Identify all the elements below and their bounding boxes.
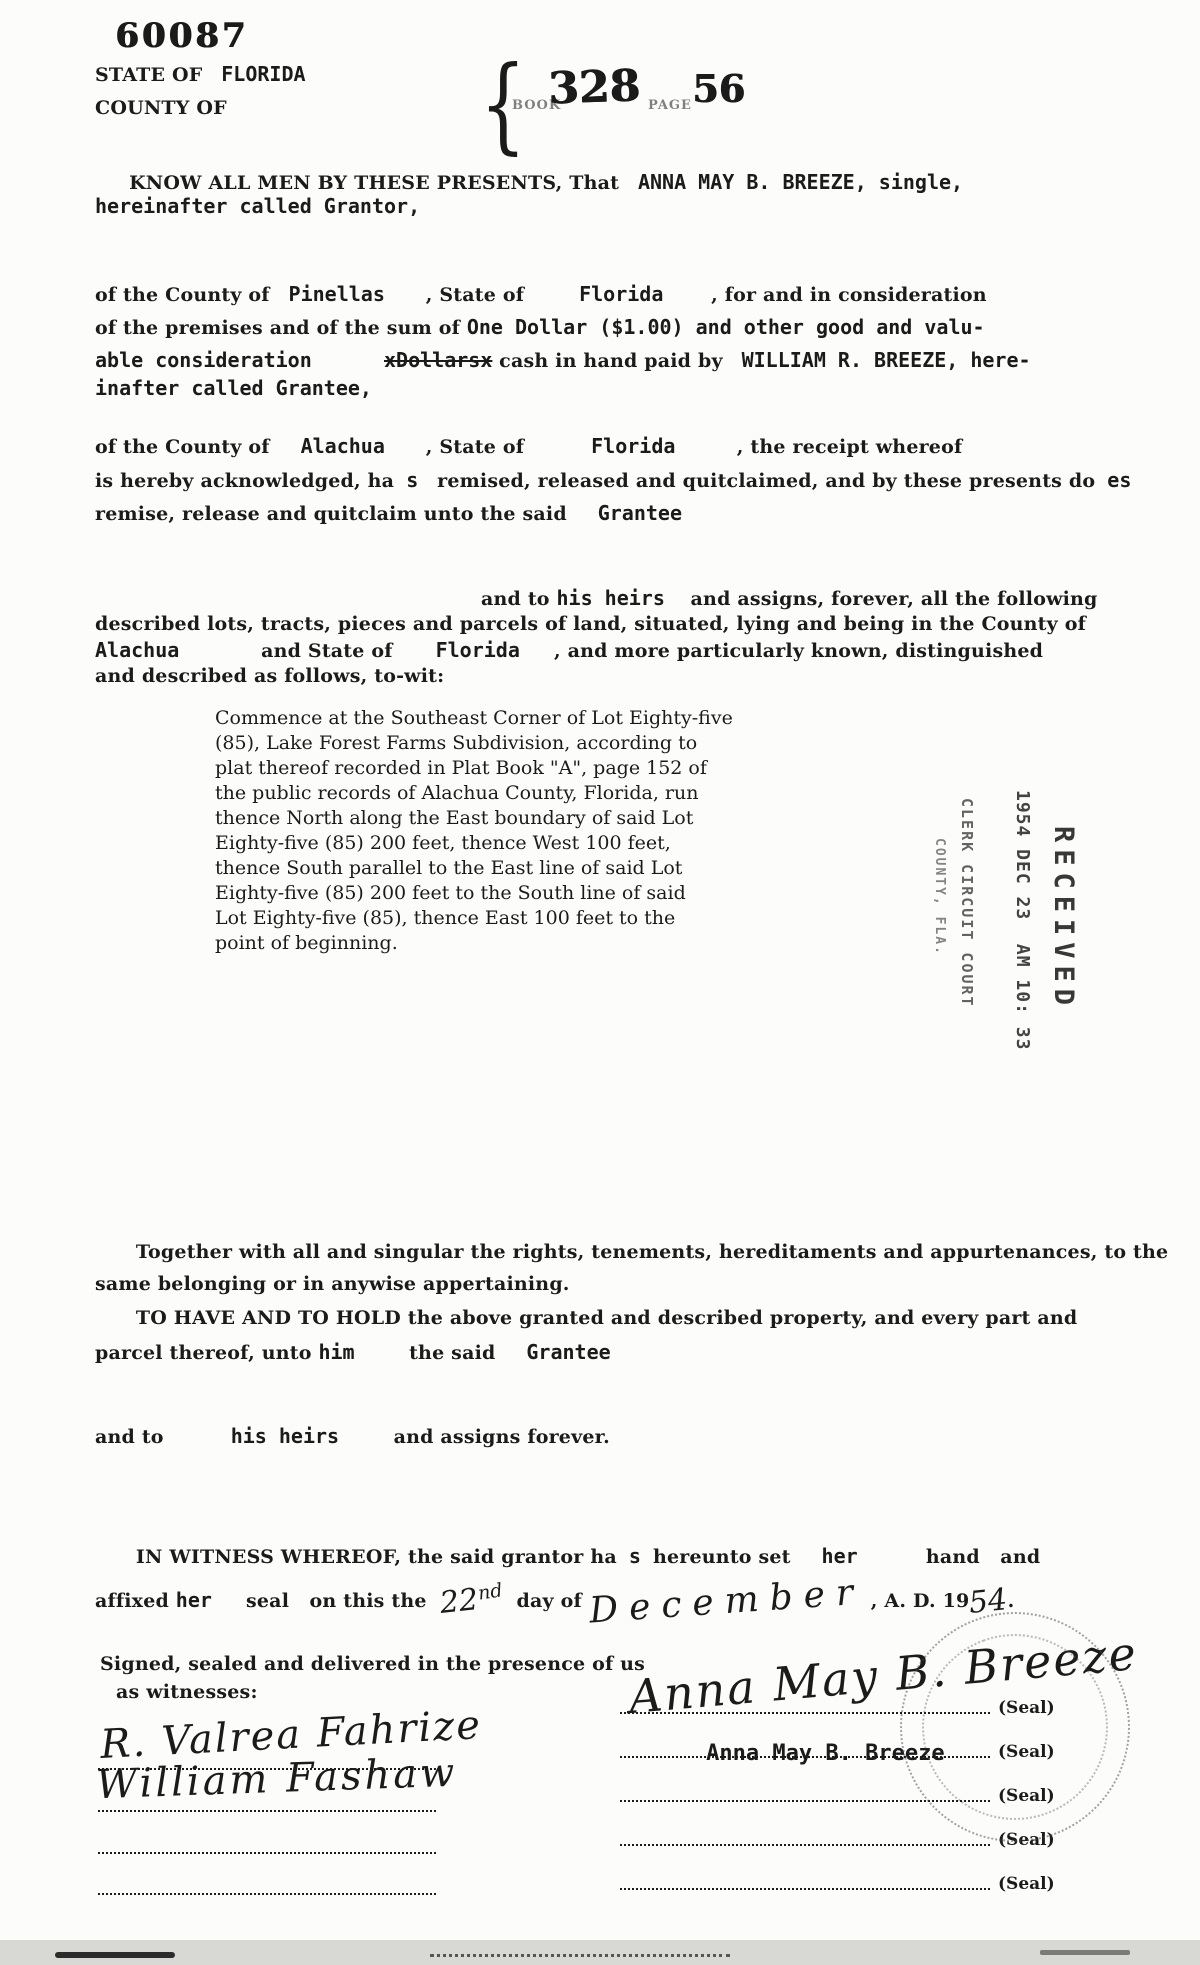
witness-clause-line: IN WITNESS WHEREOF, the said grantor ha … (95, 1544, 1040, 1569)
legal-description-line: Eighty-five (85) 200 feet, thence West 1… (215, 831, 671, 855)
witness-signature-line (98, 1810, 436, 1812)
habendum-line: parcel thereof, unto him the said Grante… (95, 1340, 611, 1365)
seal-line (620, 1844, 990, 1846)
legal-description-line: Eighty-five (85) 200 feet to the South l… (215, 881, 686, 905)
heirs-line: and to his heirs and assigns forever. (95, 1424, 610, 1449)
deed-body-line: of the County of Pinellas , State of Flo… (95, 282, 987, 307)
legal-description-line: Commence at the Southeast Corner of Lot … (215, 706, 733, 730)
legal-description-line: the public records of Alachua County, Fl… (215, 781, 698, 805)
deed-body-line: inafter called Grantee, (95, 376, 372, 401)
deed-body-line: able consideration xDollarsx cash in han… (95, 348, 1031, 373)
legal-description-line: thence South parallel to the East line o… (215, 856, 682, 880)
habendum-line: TO HAVE AND TO HOLD the above granted an… (95, 1306, 1077, 1330)
book-number: 328 (547, 60, 641, 114)
received-stamp-datetime: 1954 DEC 23 AM 10: 33 (1012, 790, 1033, 1050)
seal-label: (Seal) (998, 1874, 1055, 1894)
signed-presence-line: Signed, sealed and delivered in the pres… (100, 1652, 645, 1676)
page-number: 56 (692, 66, 745, 111)
scan-artifact-mark (1040, 1950, 1130, 1955)
received-stamp-county: COUNTY, FLA. (932, 838, 947, 956)
signed-presence-line: as witnesses: (116, 1680, 258, 1704)
received-stamp-clerk: CLERK CIRCUIT COURT (958, 798, 976, 1008)
legal-description-line: Lot Eighty-five (85), thence East 100 fe… (215, 906, 675, 930)
deed-document-page: 60087 STATE OF FLORIDA COUNTY OF { BOOK … (0, 0, 1200, 1965)
state-of-line: STATE OF FLORIDA (95, 62, 306, 87)
together-line: same belonging or in anywise appertainin… (95, 1272, 570, 1296)
doc-number-stamp: 60087 (115, 16, 248, 56)
page-label: PAGE (648, 98, 692, 113)
deed-body-line: and to his heirs and assigns, forever, a… (481, 586, 1098, 611)
legal-description-line: point of beginning. (215, 931, 398, 955)
received-stamp-word: RECEIVED (1048, 826, 1079, 1012)
seal-line (620, 1888, 990, 1890)
witness-clause-line: affixed her seal on this the 22nd day of… (95, 1584, 1015, 1613)
deed-body-line: and described as follows, to-wit: (95, 664, 444, 688)
deed-body-line: Alachua and State of Florida , and more … (95, 638, 1043, 663)
legal-description-line: (85), Lake Forest Farms Subdivision, acc… (215, 731, 697, 755)
deed-body-line: of the County of Alachua , State of Flor… (95, 434, 962, 459)
legal-description-line: thence North along the East boundary of … (215, 806, 693, 830)
deed-body-line: of the premises and of the sum of One Do… (95, 315, 985, 340)
deed-body-line: described lots, tracts, pieces and parce… (95, 612, 1086, 636)
blank-dotted-line (98, 1852, 436, 1854)
legal-description-line: plat thereof recorded in Plat Book "A", … (215, 756, 707, 780)
scan-artifact-mark (430, 1954, 730, 1957)
deed-body-line: KNOW ALL MEN BY THESE PRESENTS, That ANN… (95, 170, 963, 195)
scan-artifact-strip (0, 1940, 1200, 1965)
scan-artifact-mark (55, 1952, 175, 1958)
together-line: Together with all and singular the right… (95, 1240, 1168, 1264)
blank-dotted-line (98, 1893, 436, 1895)
deed-body-line: remise, release and quitclaim unto the s… (95, 501, 682, 526)
deed-body-line: hereinafter called Grantor, (95, 194, 420, 219)
county-of-line: COUNTY OF (95, 96, 227, 120)
deed-body-line: is hereby acknowledged, ha s remised, re… (95, 468, 1131, 493)
